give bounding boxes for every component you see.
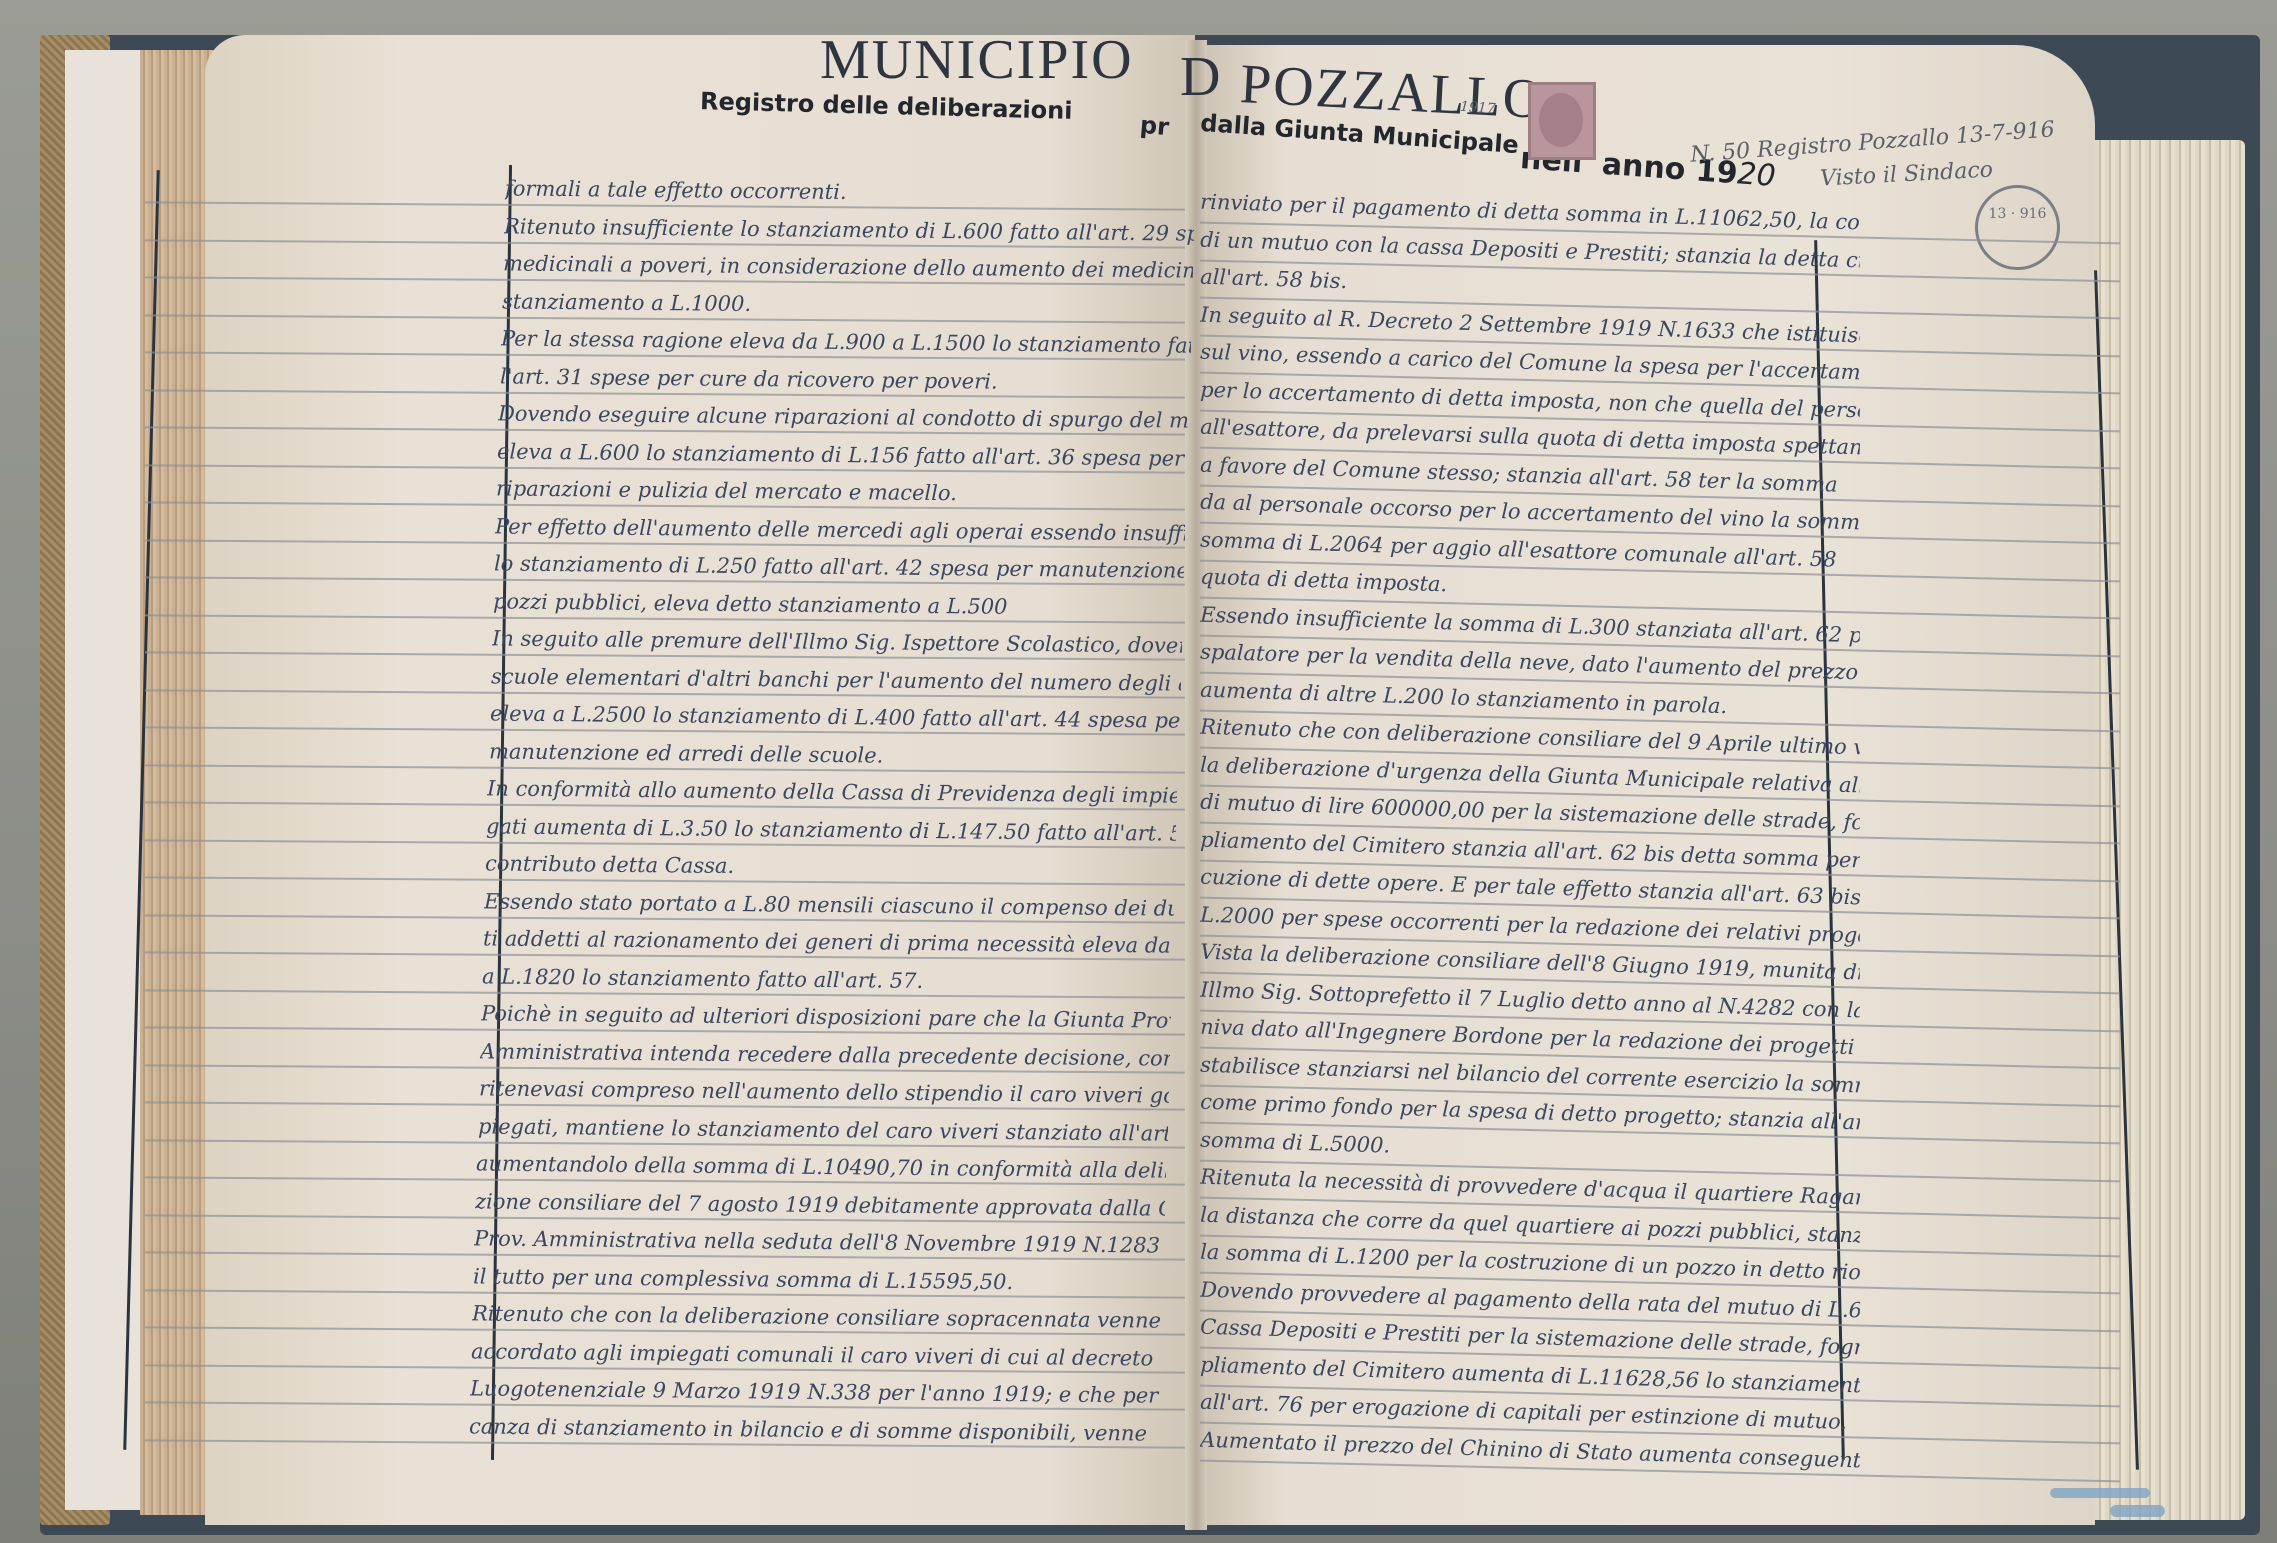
header-subtitle-connector: pr	[1139, 111, 1170, 141]
revenue-stamp	[1528, 82, 1596, 160]
postmark-seal: 13 · 916	[1975, 185, 2060, 270]
ink-smudge	[2050, 1488, 2150, 1498]
stamp-note: 1917	[1459, 99, 1496, 117]
stamp-portrait	[1539, 93, 1583, 147]
postmark-text: 13 · 916	[1989, 206, 2047, 222]
ink-smudge	[2110, 1505, 2165, 1517]
header-title-connector: D	[1180, 45, 1222, 109]
header-title-municipio: MUNICIPIO	[820, 28, 1134, 92]
page-stack-right	[2095, 140, 2245, 1520]
